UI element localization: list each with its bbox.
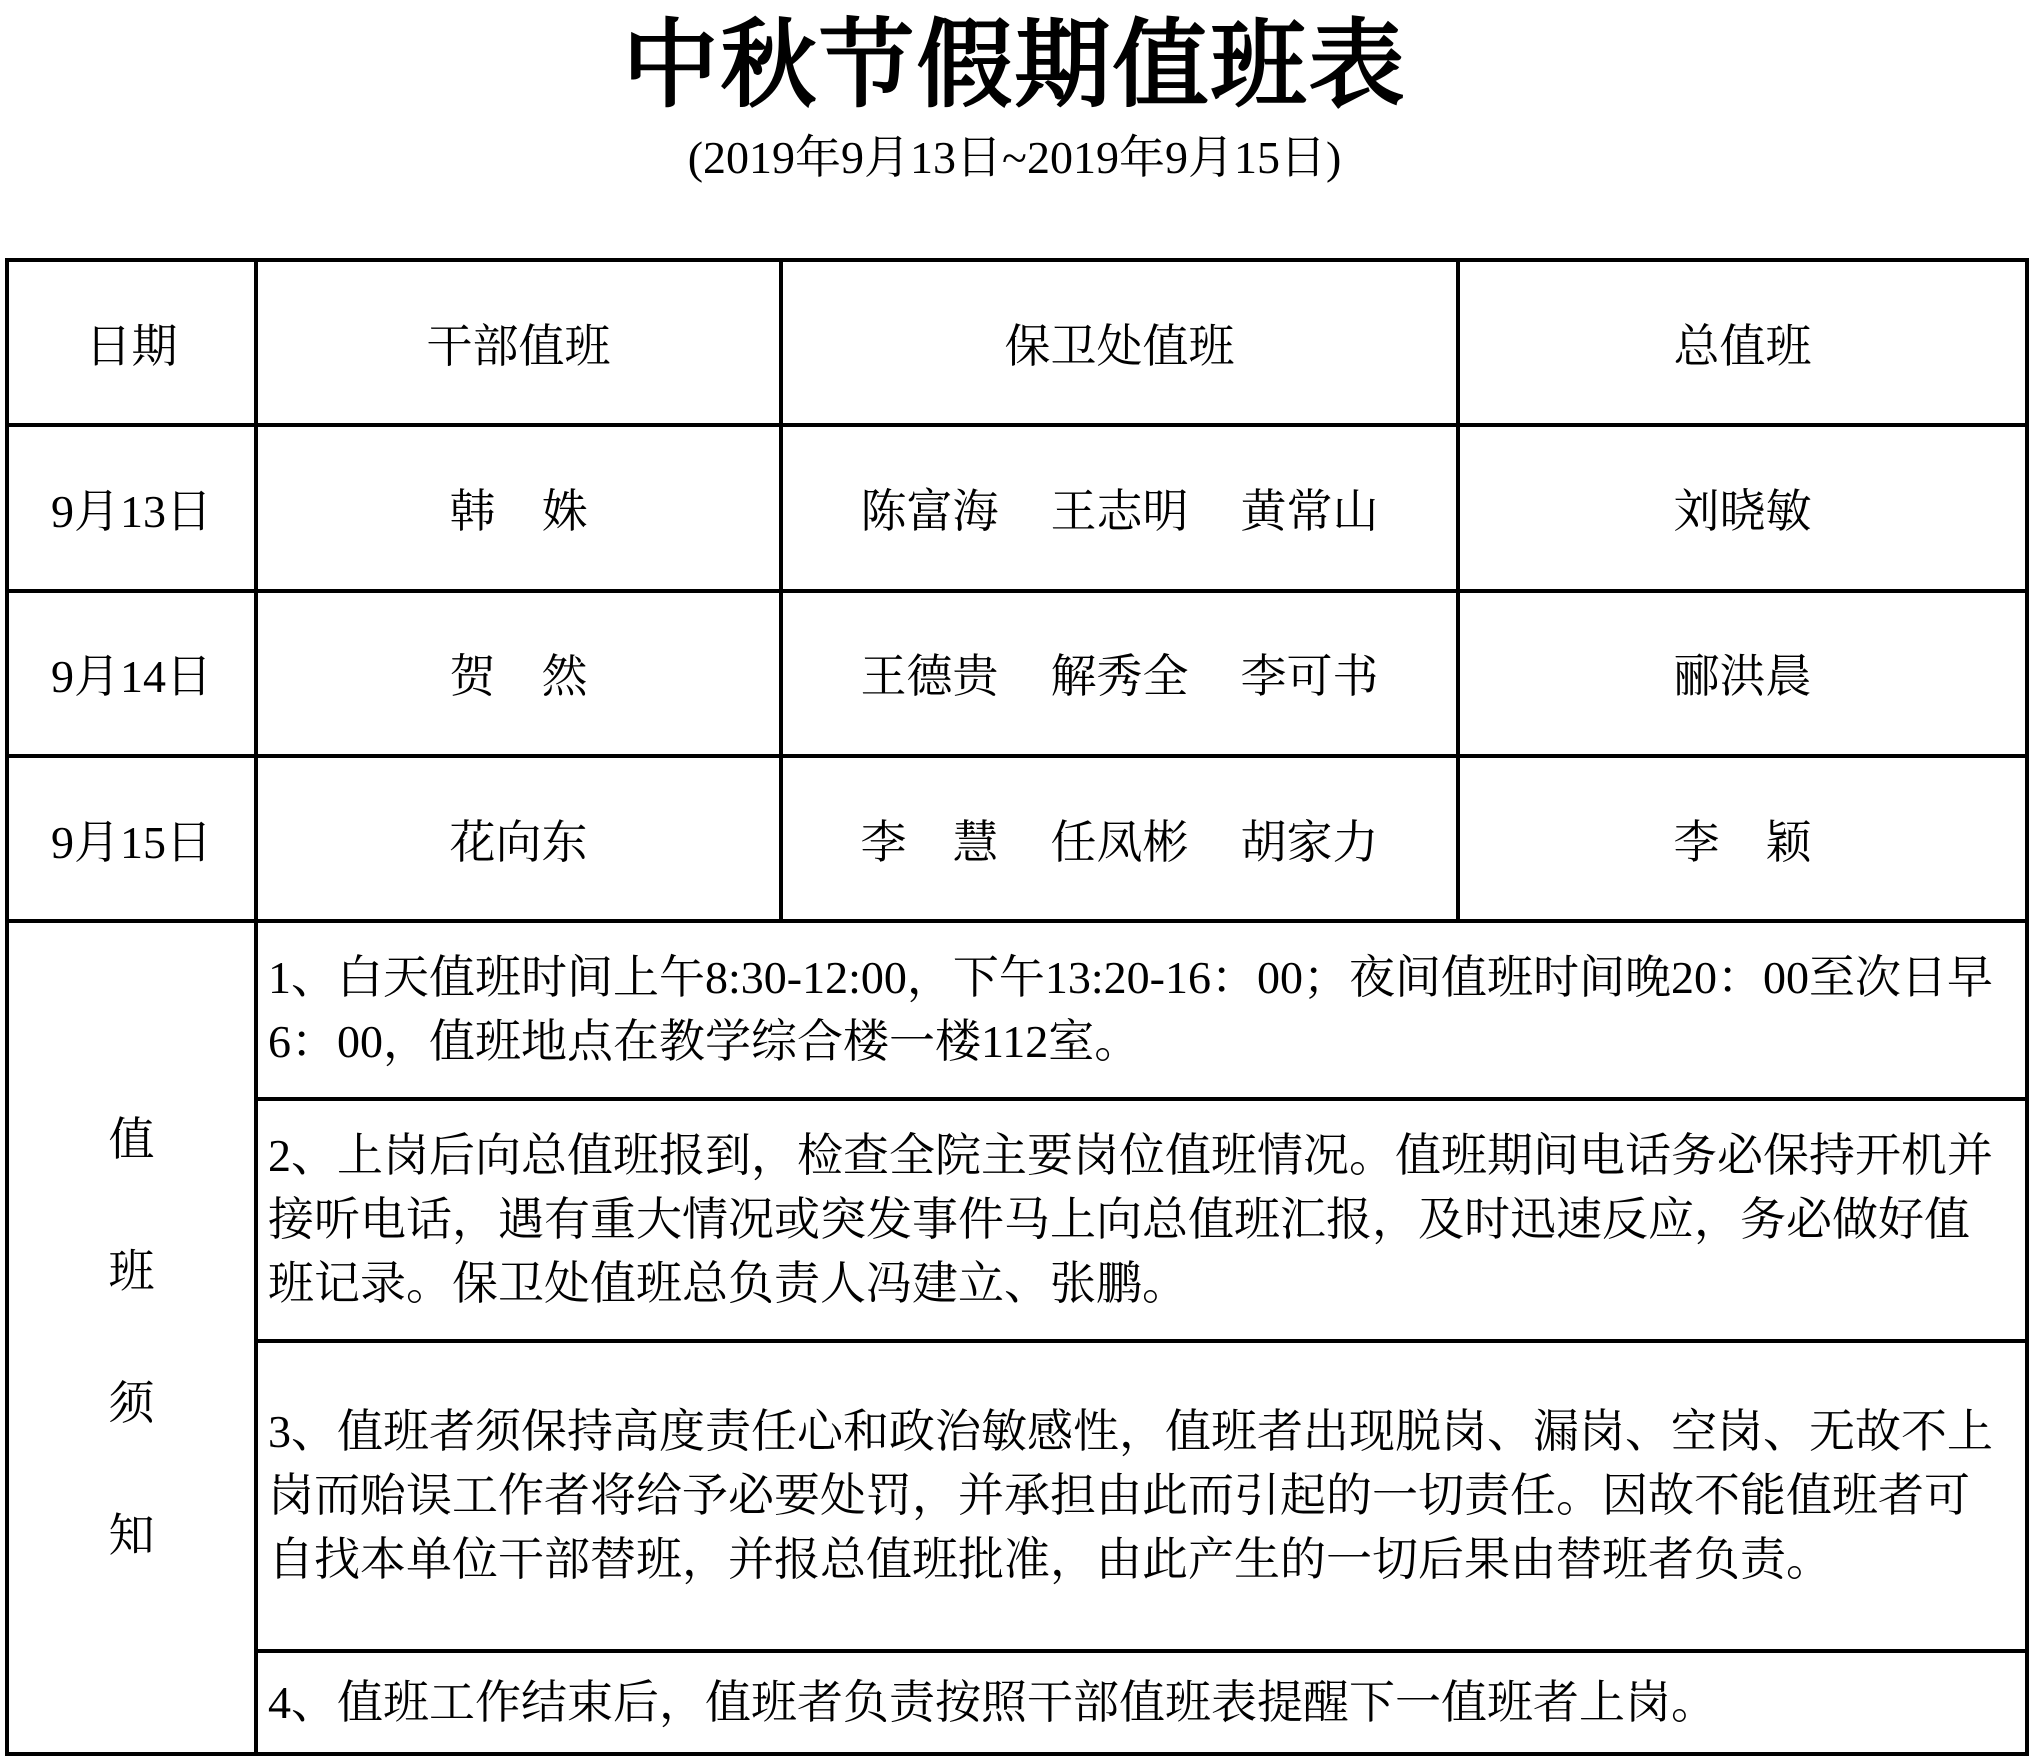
security-name: 黄常山	[1241, 475, 1379, 541]
notice-row: 3、值班者须保持高度责任心和政治敏感性，值班者出现脱岗、漏岗、空岗、无故不上岗而…	[7, 1341, 2027, 1651]
notice-label-char: 须	[9, 1338, 254, 1470]
cell-security: 李 慧任凤彬胡家力	[781, 756, 1458, 921]
table-row: 9月15日 花向东 李 慧任凤彬胡家力 李 颖	[7, 756, 2027, 921]
header-cadre-duty: 干部值班	[256, 260, 781, 425]
notice-row: 2、上岗后向总值班报到，检查全院主要岗位值班情况。值班期间电话务必保持开机并接听…	[7, 1099, 2027, 1341]
notice-row: 4、值班工作结束后，值班者负责按照干部值班表提醒下一值班者上岗。	[7, 1651, 2027, 1754]
security-name: 王志明	[1051, 475, 1189, 541]
header-security-duty: 保卫处值班	[781, 260, 1458, 425]
cell-cadre: 韩 姝	[256, 425, 781, 590]
notice-label-cell: 值 班 须 知	[7, 921, 256, 1754]
security-name: 李可书	[1241, 640, 1379, 706]
header-chief-duty: 总值班	[1458, 260, 2027, 425]
table-row: 9月13日 韩 姝 陈富海王志明黄常山 刘晓敏	[7, 425, 2027, 590]
date-range-subtitle: (2019年9月13日~2019年9月15日)	[0, 128, 2029, 188]
security-name: 解秀全	[1051, 640, 1189, 706]
security-name: 陈富海	[861, 475, 999, 541]
cell-security: 王德贵解秀全李可书	[781, 591, 1458, 756]
notice-item-2: 2、上岗后向总值班报到，检查全院主要岗位值班情况。值班期间电话务必保持开机并接听…	[256, 1099, 2027, 1341]
cell-security: 陈富海王志明黄常山	[781, 425, 1458, 590]
notice-label-char: 班	[9, 1206, 254, 1338]
notice-label-char: 知	[9, 1470, 254, 1602]
notice-item-4: 4、值班工作结束后，值班者负责按照干部值班表提醒下一值班者上岗。	[256, 1651, 2027, 1754]
cell-cadre: 贺 然	[256, 591, 781, 756]
header-date: 日期	[7, 260, 256, 425]
cell-chief: 刘晓敏	[1458, 425, 2027, 590]
security-name: 任凤彬	[1051, 806, 1189, 872]
security-name: 李 慧	[861, 806, 999, 872]
security-name: 胡家力	[1241, 806, 1379, 872]
cell-chief: 李 颖	[1458, 756, 2027, 921]
cell-date: 9月15日	[7, 756, 256, 921]
cell-cadre: 花向东	[256, 756, 781, 921]
notice-row: 值 班 须 知 1、白天值班时间上午8:30-12:00，下午13:20-16：…	[7, 921, 2027, 1098]
notice-item-3: 3、值班者须保持高度责任心和政治敏感性，值班者出现脱岗、漏岗、空岗、无故不上岗而…	[256, 1341, 2027, 1651]
notice-item-1: 1、白天值班时间上午8:30-12:00，下午13:20-16：00；夜间值班时…	[256, 921, 2027, 1098]
document-title: 中秋节假期值班表	[0, 0, 2029, 130]
cell-date: 9月13日	[7, 425, 256, 590]
cell-chief: 郦洪晨	[1458, 591, 2027, 756]
table-row: 9月14日 贺 然 王德贵解秀全李可书 郦洪晨	[7, 591, 2027, 756]
table-header-row: 日期 干部值班 保卫处值班 总值班	[7, 260, 2027, 425]
security-name: 王德贵	[861, 640, 999, 706]
notice-label-char: 值	[9, 1074, 254, 1206]
duty-roster-table: 日期 干部值班 保卫处值班 总值班 9月13日 韩 姝 陈富海王志明黄常山 刘晓…	[5, 258, 2029, 1756]
cell-date: 9月14日	[7, 591, 256, 756]
